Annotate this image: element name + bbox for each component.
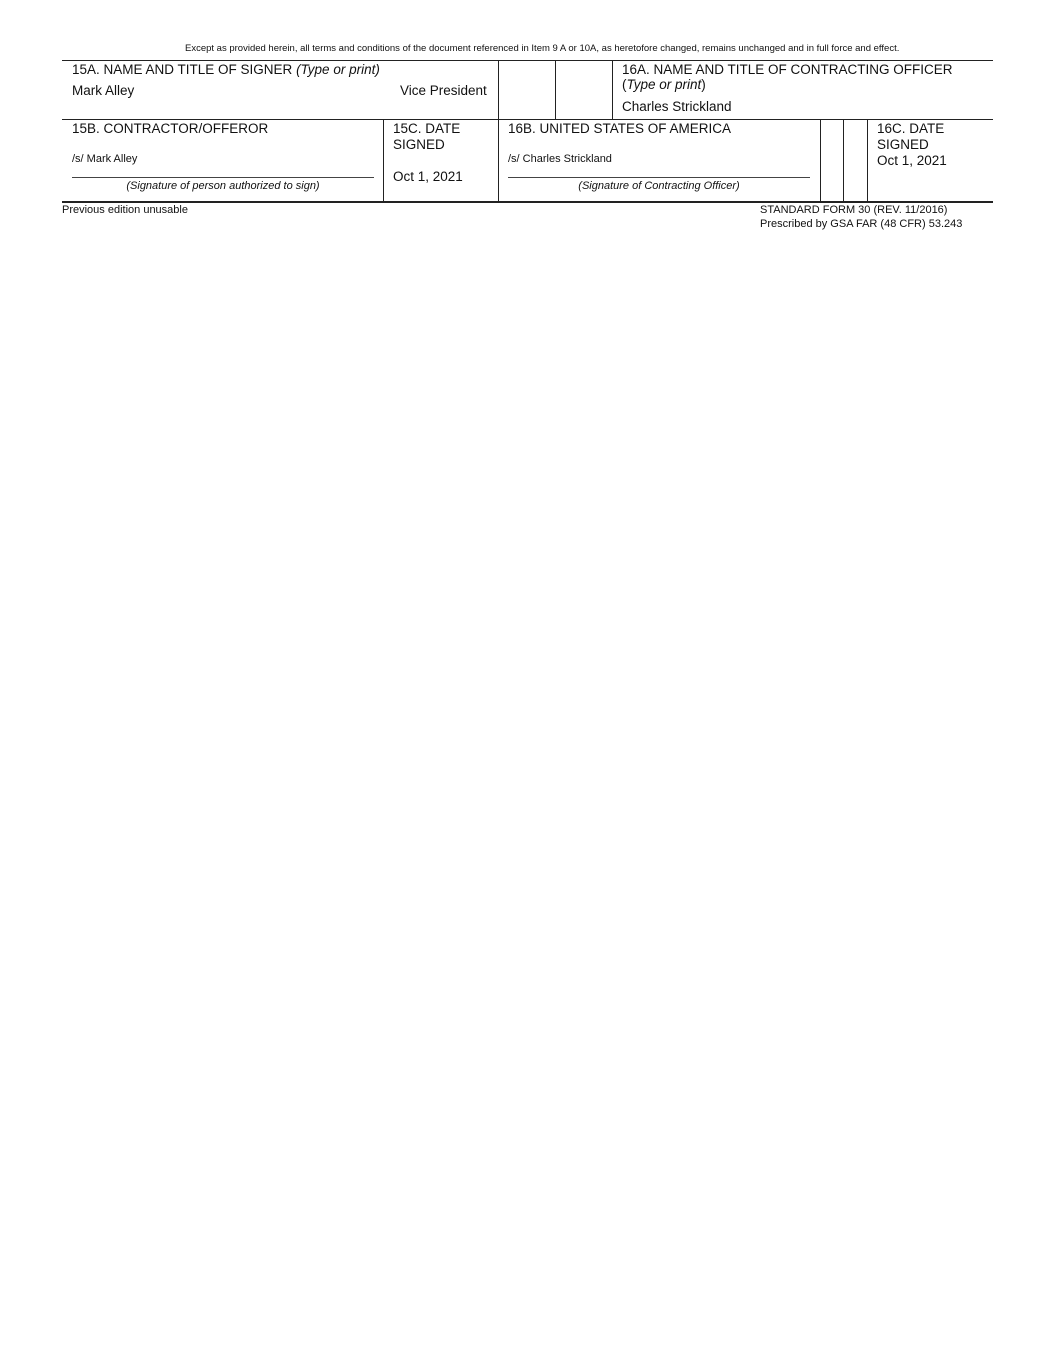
label-italic: Type or print — [627, 77, 702, 92]
signature-line — [508, 177, 810, 178]
row-divider — [62, 119, 993, 120]
signer-name[interactable]: Mark Alley — [72, 83, 134, 98]
block-15c-label-2: SIGNED — [393, 137, 445, 152]
block-16b-label: 16B. UNITED STATES OF AMERICA — [508, 121, 731, 136]
block-15b-label: 15B. CONTRACTOR/OFFEROR — [72, 121, 268, 136]
officer-name[interactable]: Charles Strickland — [622, 99, 732, 114]
block-15c-label-1: 15C. DATE — [393, 121, 460, 136]
divider — [843, 119, 844, 202]
signature-line — [72, 177, 374, 178]
block-16c-label-1: 16C. DATE — [877, 121, 944, 136]
footer-prescribed: Prescribed by GSA FAR (48 CFR) 53.243 — [760, 218, 962, 230]
top-border — [62, 60, 993, 61]
footer-form-name: STANDARD FORM 30 (REV. 11/2016) — [760, 204, 947, 216]
divider — [555, 60, 556, 119]
block-16a-label: 16A. NAME AND TITLE OF CONTRACTING OFFIC… — [622, 62, 953, 77]
block-15a-label: 15A. NAME AND TITLE OF SIGNER (Type or p… — [72, 62, 380, 77]
officer-signature[interactable]: /s/ Charles Strickland — [508, 153, 612, 165]
header-note: Except as provided herein, all terms and… — [185, 43, 899, 54]
block-16a-sublabel: (Type or print) — [622, 77, 706, 92]
divider — [820, 119, 821, 202]
divider — [383, 119, 384, 202]
divider — [867, 119, 868, 202]
footer-previous-edition: Previous edition unusable — [62, 204, 188, 216]
divider — [498, 119, 499, 202]
signer-title[interactable]: Vice President — [400, 83, 487, 98]
divider — [498, 60, 499, 119]
paren: ) — [701, 77, 706, 92]
bottom-border — [62, 201, 993, 203]
divider — [612, 60, 613, 119]
officer-date-signed[interactable]: Oct 1, 2021 — [877, 153, 947, 168]
officer-signature-caption: (Signature of Contracting Officer) — [508, 180, 810, 192]
contractor-signature[interactable]: /s/ Mark Alley — [72, 153, 137, 165]
block-16c-label-2: SIGNED — [877, 137, 929, 152]
label-text: 15A. NAME AND TITLE OF SIGNER — [72, 62, 296, 77]
contractor-date-signed[interactable]: Oct 1, 2021 — [393, 169, 463, 184]
contractor-signature-caption: (Signature of person authorized to sign) — [72, 180, 374, 192]
label-italic: (Type or print) — [296, 62, 380, 77]
